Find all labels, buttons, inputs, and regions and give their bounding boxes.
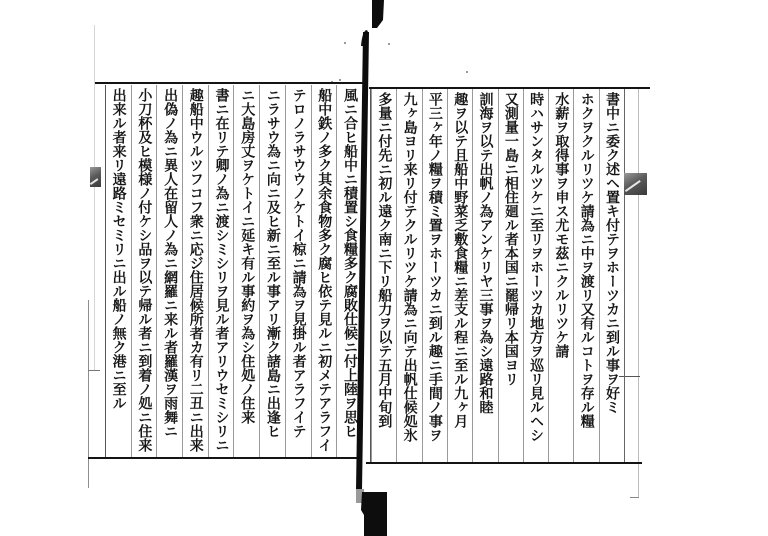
binding-spine — [356, 32, 369, 490]
book-binding-gutter — [0, 0, 768, 536]
binding-clip-top — [372, 0, 384, 28]
binding-clip-bottom — [361, 492, 387, 536]
